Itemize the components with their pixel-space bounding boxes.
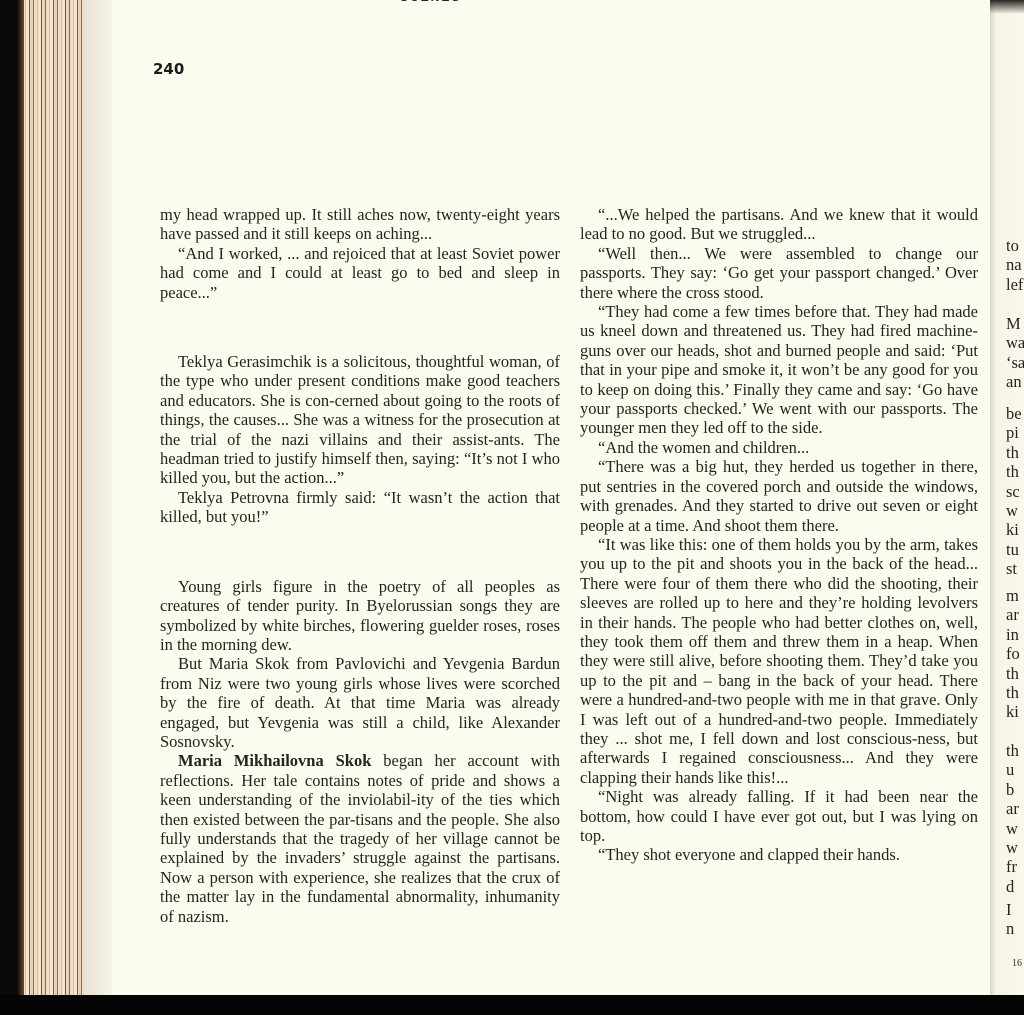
fragment-line: na [1006, 255, 1023, 274]
page-gutter [84, 0, 114, 995]
fragment-line: to [1006, 236, 1023, 255]
next-page-fragment-block: M wa ‘sa an [1006, 314, 1024, 392]
paragraph: Teklya Gerasimchik is a solicitous, thou… [160, 352, 560, 488]
fragment-line: d [1006, 877, 1019, 896]
fragment-line: u [1006, 760, 1019, 779]
paragraph: “It was like this: one of them holds you… [580, 535, 978, 787]
fragment-line: sc [1006, 482, 1022, 501]
fragment-line: th [1006, 683, 1020, 702]
paragraph: “There was a big hut, they herded us tog… [580, 457, 978, 535]
fragment-line: th [1006, 664, 1020, 683]
fragment-line: th [1006, 443, 1022, 462]
paragraph: Maria Mikhailovna Skok began her account… [160, 751, 560, 926]
fragment-line: wa [1006, 333, 1024, 352]
fragment-line: ki [1006, 702, 1020, 721]
fragment-line: ar [1006, 799, 1019, 818]
right-column: “...We helped the partisans. And we knew… [580, 205, 978, 865]
fragment-line: th [1006, 462, 1022, 481]
fragment-line: n [1006, 919, 1014, 938]
fragment-line: fo [1006, 644, 1020, 663]
paragraph: “And I worked, ... and rejoiced that at … [160, 244, 560, 302]
paragraph: my head wrapped up. It still aches now, … [160, 205, 560, 244]
fragment-line: m [1006, 586, 1020, 605]
book-page-edges [18, 0, 84, 998]
fragment-line: th [1006, 741, 1019, 760]
running-head: SCENES [400, 0, 520, 2]
fragment-line: st [1006, 559, 1022, 578]
next-page-number-fragment: 16 [1012, 958, 1022, 969]
fragment-line: M [1006, 314, 1024, 333]
paragraph: “And the women and children... [580, 438, 978, 457]
fragment-line: w [1006, 838, 1019, 857]
fragment-line: ar [1006, 605, 1020, 624]
bold-name: Maria Mikhailovna Skok [178, 751, 371, 770]
fragment-line: tu [1006, 540, 1022, 559]
paragraph: Young girls figure in the poetry of all … [160, 577, 560, 655]
paragraph: “Well then... We were assembled to chang… [580, 244, 978, 302]
fragment-line: w [1006, 501, 1022, 520]
next-page-fragment-block: th u b ar w w fr d [1006, 741, 1019, 896]
fragment-line: w [1006, 819, 1019, 838]
fragment-line: an [1006, 372, 1024, 391]
page-shadow [990, 0, 1024, 14]
fragment-line: lef [1006, 275, 1023, 294]
fragment-line: b [1006, 780, 1019, 799]
fragment-line: pi [1006, 423, 1022, 442]
fragment-line: ‘sa [1006, 353, 1024, 372]
section-gap [160, 527, 560, 577]
fragment-line: ki [1006, 520, 1022, 539]
next-page-fragment-block: I n [1006, 900, 1014, 939]
paragraph: “Night was already falling. If it had be… [580, 787, 978, 845]
paragraph: Teklya Petrovna firmly said: “It wasn’t … [160, 488, 560, 527]
fragment-line: I [1006, 900, 1014, 919]
next-page-fragment-block: to na lef [1006, 236, 1023, 294]
paragraph: “They shot everyone and clapped their ha… [580, 845, 978, 864]
page-number: 240 [153, 60, 184, 78]
paragraph-text: began her account with reflections. Her … [160, 751, 560, 925]
paragraph: “They had come a few times before that. … [580, 302, 978, 438]
fragment-line: be [1006, 404, 1022, 423]
left-column: my head wrapped up. It still aches now, … [160, 205, 560, 926]
paragraph: But Maria Skok from Pavlovichi and Yevge… [160, 654, 560, 751]
fragment-line: fr [1006, 857, 1019, 876]
next-page-fragment-block: m ar in fo th th ki [1006, 586, 1020, 722]
scan-background [0, 995, 1024, 1015]
next-page-fragment-block: be pi th th sc w ki tu st [1006, 404, 1022, 579]
fragment-line: in [1006, 625, 1020, 644]
section-gap [160, 302, 560, 352]
paragraph: “...We helped the partisans. And we knew… [580, 205, 978, 244]
